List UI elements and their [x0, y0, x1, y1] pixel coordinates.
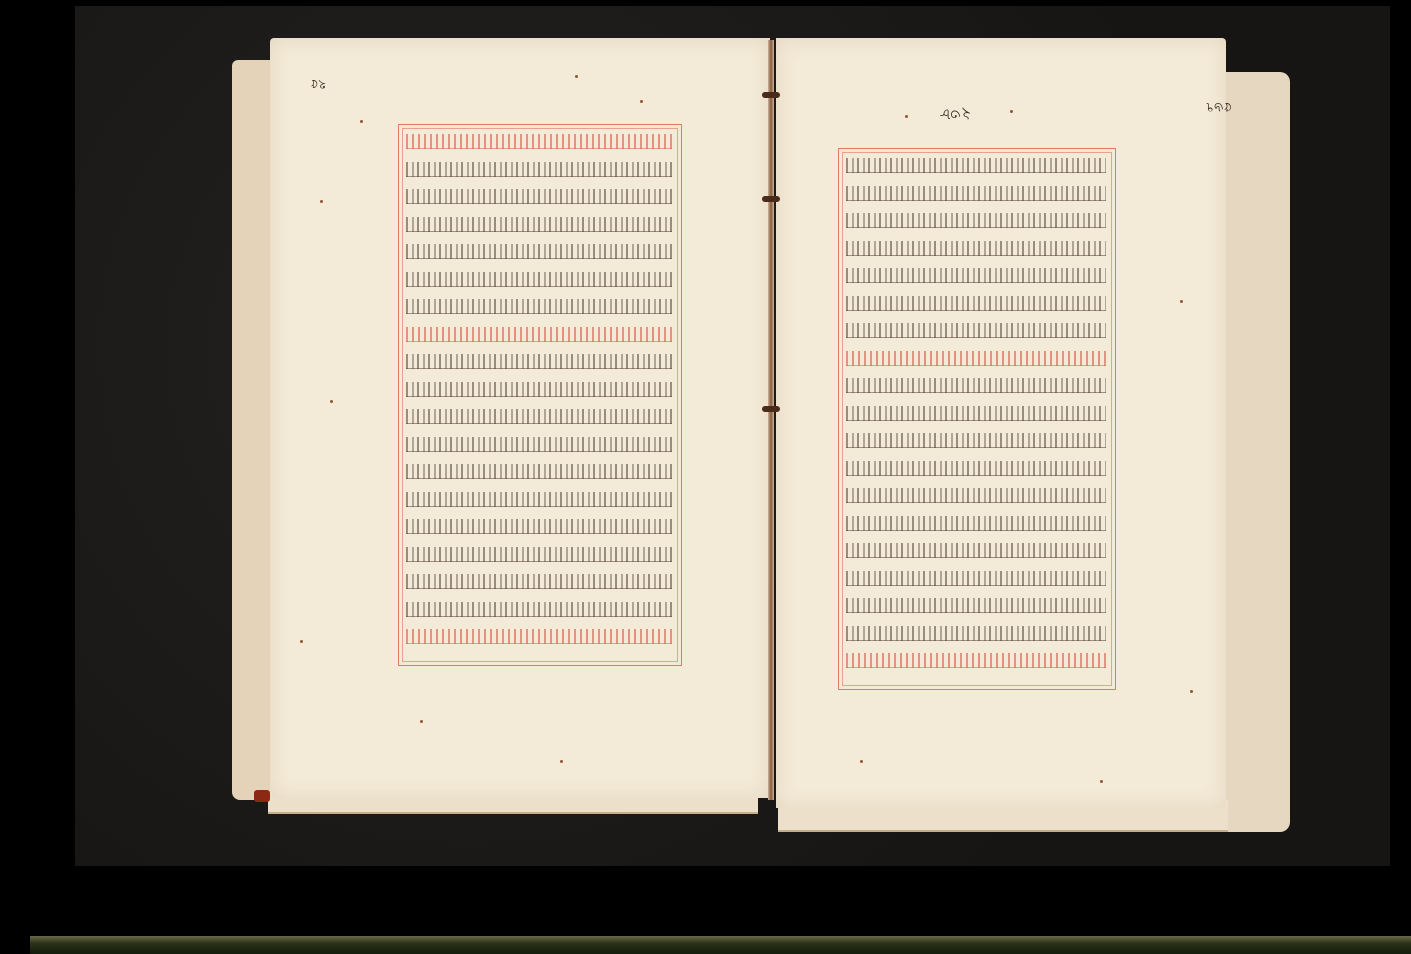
paper-speck [330, 400, 333, 403]
right-page-stack-edge [1224, 72, 1290, 832]
paper-speck [1100, 780, 1103, 783]
manuscript-text-line [846, 323, 1106, 338]
paper-speck [360, 120, 363, 123]
paper-speck [1010, 110, 1013, 113]
manuscript-text-line [846, 571, 1106, 586]
manuscript-text-line [406, 629, 672, 644]
manuscript-text-line [406, 189, 672, 204]
paper-speck [1180, 300, 1183, 303]
manuscript-text-line [406, 382, 672, 397]
right-corner-mark: ৫৬৭ [1205, 95, 1232, 119]
manuscript-text-line [846, 598, 1106, 613]
paper-speck [1190, 690, 1193, 693]
manuscript-text-line [846, 406, 1106, 421]
manuscript-text-line [406, 299, 672, 314]
paper-speck [420, 720, 423, 723]
manuscript-text-line [406, 272, 672, 287]
manuscript-text-line [406, 602, 672, 617]
paper-speck [860, 760, 863, 763]
manuscript-text-line [846, 516, 1106, 531]
manuscript-text-line [406, 134, 672, 149]
manuscript-text-line [846, 488, 1106, 503]
paper-speck [905, 115, 908, 118]
binding-stitch [762, 92, 780, 98]
manuscript-text-line [406, 437, 672, 452]
paper-speck [575, 75, 578, 78]
manuscript-text-line [846, 296, 1106, 311]
manuscript-text-line [406, 162, 672, 177]
manuscript-text-line [846, 213, 1106, 228]
manuscript-text-line [846, 543, 1106, 558]
manuscript-text-line [406, 409, 672, 424]
manuscript-text-line [406, 519, 672, 534]
manuscript-text-line [846, 351, 1106, 366]
binding-stitch [762, 196, 780, 202]
manuscript-text-line [406, 354, 672, 369]
manuscript-text-line [406, 244, 672, 259]
manuscript-text-line [846, 186, 1106, 201]
manuscript-text-line [406, 492, 672, 507]
manuscript-text-line [846, 158, 1106, 173]
manuscript-text-line [406, 217, 672, 232]
book-spine [768, 40, 774, 800]
left-corner-mark: ঽ৫ [310, 72, 326, 93]
manuscript-text-line [406, 574, 672, 589]
binding-stitch [762, 406, 780, 412]
right-page-number: ২৩৮ [940, 100, 971, 127]
manuscript-text-line [406, 327, 672, 342]
manuscript-text-line [846, 378, 1106, 393]
manuscript-text-line [846, 461, 1106, 476]
manuscript-text-line [846, 653, 1106, 668]
manuscript-text-line [846, 268, 1106, 283]
manuscript-text-line [846, 241, 1106, 256]
manuscript-text-line [406, 547, 672, 562]
paper-speck [560, 760, 563, 763]
manuscript-text-line [846, 626, 1106, 641]
manuscript-text-line [846, 433, 1106, 448]
red-binding-spot [254, 790, 270, 802]
bottom-light-strip [30, 936, 1411, 954]
paper-speck [640, 100, 643, 103]
paper-speck [320, 200, 323, 203]
manuscript-text-line [406, 464, 672, 479]
paper-speck [300, 640, 303, 643]
